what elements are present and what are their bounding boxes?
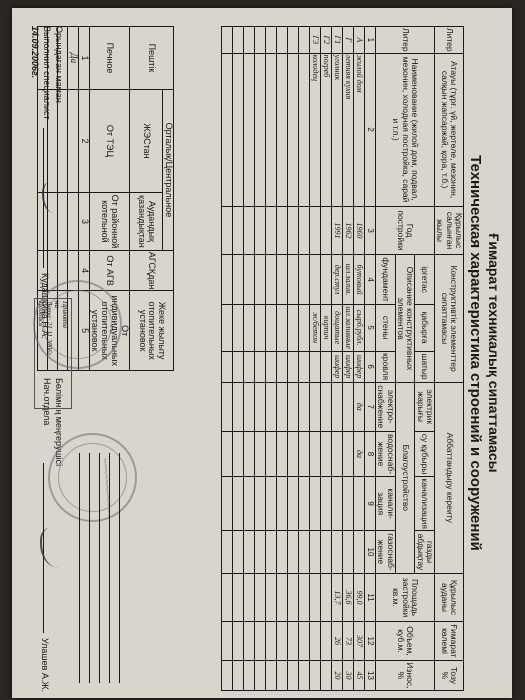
empty-cell xyxy=(254,531,265,574)
header-gas-ru: газоснаб-жение xyxy=(375,531,395,574)
empty-cell xyxy=(232,304,243,351)
empty-cell xyxy=(243,255,254,304)
heat-district-kz: Аудандық қазандықтан xyxy=(130,193,163,251)
empty-cell xyxy=(243,382,254,431)
table-row: Г2погребкирпич xyxy=(320,27,331,691)
heat-agv-kz: АГСҚдан xyxy=(130,250,174,290)
empty-cell xyxy=(287,531,298,574)
header-foundation-ru: фундамент xyxy=(375,255,395,304)
head-signature xyxy=(40,528,72,568)
empty-cell xyxy=(276,382,287,431)
cell-volume xyxy=(309,622,320,661)
empty-cell xyxy=(287,27,298,54)
cell-area: 99,0 xyxy=(353,573,364,621)
header-gas-kz: газды абдықтау xyxy=(415,531,435,574)
empty-cell xyxy=(221,531,232,574)
empty-cell xyxy=(232,477,243,531)
empty-cell xyxy=(287,573,298,621)
empty-cell xyxy=(232,27,243,54)
header-sewer-kz: канализация xyxy=(415,477,435,531)
header-sewer-ru: канали-зация xyxy=(375,477,395,531)
blank-row xyxy=(265,27,276,691)
cell-electric xyxy=(342,382,353,431)
empty-cell xyxy=(221,304,232,351)
blank-row xyxy=(221,27,232,691)
header-name-ru: Наименование (жилой дом, подвал, мезонин… xyxy=(375,53,434,206)
empty-cell xyxy=(254,382,265,431)
cell-wear: 20 xyxy=(331,660,342,690)
empty-cell xyxy=(276,622,287,661)
cell-foundation: бутовый xyxy=(353,255,364,304)
header-roof-ru: кровля xyxy=(375,351,395,382)
empty-cell xyxy=(265,477,276,531)
cell-electric: да xyxy=(353,382,364,431)
cell-liter: Г3 xyxy=(309,27,320,54)
heat-central-header: Орталық/Центральное xyxy=(163,90,174,251)
cell-volume: 26 xyxy=(331,622,342,661)
heat-value: Да xyxy=(67,27,78,90)
empty-cell xyxy=(276,531,287,574)
cell-foundation xyxy=(309,255,320,304)
empty-cell xyxy=(221,622,232,661)
header-utilities-kz: Аббаттандыру кереиту xyxy=(434,382,463,573)
document-page: Ғимарат техникалық сипаттамасы Техническ… xyxy=(12,8,512,698)
cell-water xyxy=(342,431,353,476)
empty-cell xyxy=(276,573,287,621)
date-label: 14.09.2006г. xyxy=(30,26,40,78)
empty-cell xyxy=(221,382,232,431)
cell-year: 1960 xyxy=(353,206,364,255)
empty-cell xyxy=(287,660,298,690)
empty-cell xyxy=(254,255,265,304)
empty-cell xyxy=(254,660,265,690)
empty-cell xyxy=(287,53,298,206)
empty-cell xyxy=(221,351,232,382)
table-row: Г3колодецж/бетон xyxy=(309,27,320,691)
heat-district-ru: От районной котельной xyxy=(89,193,130,251)
cell-gas xyxy=(309,531,320,574)
cell-gas xyxy=(353,531,364,574)
empty-cell xyxy=(265,431,276,476)
empty-cell xyxy=(298,304,309,351)
empty-cell xyxy=(265,660,276,690)
empty-cell xyxy=(298,660,309,690)
header-volume-ru: Объем, куб.м. xyxy=(375,622,434,661)
round-stamp-right xyxy=(48,433,137,522)
ruled-line xyxy=(89,453,90,683)
empty-cell xyxy=(243,27,254,54)
blank-row xyxy=(254,27,265,691)
empty-cell xyxy=(254,206,265,255)
empty-cell xyxy=(243,206,254,255)
header-description-ru: Описание конструктивных элементов xyxy=(395,255,415,382)
cell-water xyxy=(320,431,331,476)
empty-cell xyxy=(276,53,287,206)
empty-cell xyxy=(243,53,254,206)
empty-cell xyxy=(254,477,265,531)
column-number: 8 xyxy=(364,431,375,476)
table-row: Глетняя кухня1962шл.залив.шл.заливныешиф… xyxy=(342,27,353,691)
cell-foundation xyxy=(320,255,331,304)
empty-cell xyxy=(265,531,276,574)
cell-name: жилой дом xyxy=(353,53,364,206)
cell-roof: шифер xyxy=(353,351,364,382)
document-title-ru: Техническая характеристика строений и со… xyxy=(467,8,484,698)
empty-cell xyxy=(298,477,309,531)
blank-row xyxy=(287,27,298,691)
header-area-kz: Құрылыс ауданы xyxy=(434,573,463,621)
cell-name: погреб xyxy=(320,53,331,206)
cell-area: 13,7 xyxy=(331,573,342,621)
cell-gas xyxy=(342,531,353,574)
cell-name: колодец xyxy=(309,53,320,206)
empty-cell xyxy=(298,622,309,661)
heat-column-number: 1 xyxy=(78,27,89,90)
cell-year xyxy=(320,206,331,255)
header-year-ru: Год постройки xyxy=(375,206,434,255)
cell-volume: 307 xyxy=(353,622,364,661)
cell-wear xyxy=(320,660,331,690)
empty-cell xyxy=(265,382,276,431)
empty-cell xyxy=(298,431,309,476)
heat-column-number: 3 xyxy=(78,193,89,251)
header-wear-kz: Тозу % xyxy=(434,660,463,690)
empty-cell xyxy=(276,27,287,54)
empty-cell xyxy=(287,477,298,531)
table-row: Ажилой дом1960бутовыйсырб.рубл.шифердада… xyxy=(353,27,364,691)
column-number: 1 xyxy=(364,27,375,54)
empty-cell xyxy=(232,573,243,621)
heat-column-number: 2 xyxy=(78,90,89,193)
empty-cell xyxy=(287,351,298,382)
performed-kz-label: Орындаған маман xyxy=(54,26,64,103)
header-walls-ru: стены xyxy=(375,304,395,351)
empty-cell xyxy=(287,622,298,661)
header-liter-kz: Литер xyxy=(434,27,463,54)
empty-cell xyxy=(221,53,232,206)
header-volume-kz: Ғимарат көлемі xyxy=(434,622,463,661)
ruled-line xyxy=(109,453,110,683)
heat-stove-ru: Печное xyxy=(89,27,130,90)
empty-cell xyxy=(265,351,276,382)
heat-tec-ru: От ТЭЦ xyxy=(89,90,130,193)
cell-area: 36,6 xyxy=(342,573,353,621)
header-year-kz: Құрылыс салынған жылы xyxy=(434,206,463,255)
header-constructive-kz: Конструктивтік элементтер сипаттамасы xyxy=(434,255,463,382)
cell-gas xyxy=(320,531,331,574)
header-walls-kz: қабырға xyxy=(415,304,435,351)
empty-cell xyxy=(254,622,265,661)
cell-electric xyxy=(331,382,342,431)
empty-cell xyxy=(232,351,243,382)
blank-row xyxy=(243,27,254,691)
empty-cell xyxy=(276,206,287,255)
cell-volume xyxy=(320,622,331,661)
cell-wear: 30 xyxy=(342,660,353,690)
buildings-table: Литер Атауы (тұрғ. үй, жертөле, мезонин,… xyxy=(221,26,464,691)
cell-volume: 73 xyxy=(342,622,353,661)
empty-cell xyxy=(287,431,298,476)
cell-water xyxy=(331,431,342,476)
empty-cell xyxy=(232,53,243,206)
blank-row xyxy=(276,27,287,691)
cell-liter: Г2 xyxy=(320,27,331,54)
cell-sewer xyxy=(353,477,364,531)
cell-year xyxy=(309,206,320,255)
header-name-kz: Атауы (тұрғ. үй, жертөле, мезонин, салқы… xyxy=(434,53,463,206)
empty-cell xyxy=(276,351,287,382)
cell-name: уголник xyxy=(331,53,342,206)
cell-walls: ж/бетон xyxy=(309,304,320,351)
column-number: 11 xyxy=(364,573,375,621)
empty-cell xyxy=(232,531,243,574)
column-number: 7 xyxy=(364,382,375,431)
cell-roof xyxy=(309,351,320,382)
stamp-line: Дата: 21.11 2006г. xyxy=(45,301,53,406)
heat-tec-kz: ЖЭСтан xyxy=(130,90,163,193)
header-electric-ru: электро-снабжение xyxy=(375,382,395,431)
cell-walls: сырб.рубл. xyxy=(353,304,364,351)
cell-year: 1991 xyxy=(331,206,342,255)
ruled-line xyxy=(119,453,120,683)
empty-cell xyxy=(254,573,265,621)
empty-cell xyxy=(254,53,265,206)
ruled-line xyxy=(99,453,100,683)
heat-value xyxy=(67,193,78,251)
cell-liter: Г1 xyxy=(331,27,342,54)
empty-cell xyxy=(254,27,265,54)
cell-walls: дощатые xyxy=(331,304,342,351)
column-number: 3 xyxy=(364,206,375,255)
empty-cell xyxy=(276,304,287,351)
empty-cell xyxy=(287,206,298,255)
empty-cell xyxy=(221,255,232,304)
stamp-line: Подпись xyxy=(37,301,45,406)
column-number: 6 xyxy=(364,351,375,382)
cell-sewer xyxy=(331,477,342,531)
empty-cell xyxy=(254,304,265,351)
empty-cell xyxy=(243,622,254,661)
empty-cell xyxy=(243,351,254,382)
cell-foundation: дер.стул xyxy=(331,255,342,304)
header-liter-ru: Литер xyxy=(375,27,434,54)
empty-cell xyxy=(287,304,298,351)
constructive-label: Конструктивтік элементтер сипаттамасы xyxy=(440,265,459,371)
empty-cell xyxy=(298,27,309,54)
column-number: 2 xyxy=(364,53,375,206)
cell-roof: шифер xyxy=(331,351,342,382)
heat-value xyxy=(67,90,78,193)
empty-cell xyxy=(287,255,298,304)
cell-wear xyxy=(309,660,320,690)
empty-cell xyxy=(276,431,287,476)
column-numbers-row: 12345678910111213 xyxy=(364,27,375,691)
cell-liter: Г xyxy=(342,27,353,54)
empty-cell xyxy=(265,206,276,255)
ruled-line xyxy=(79,453,80,683)
cell-sewer xyxy=(309,477,320,531)
empty-cell xyxy=(232,255,243,304)
header-foundation-kz: іргетас xyxy=(415,255,435,304)
cell-sewer xyxy=(342,477,353,531)
empty-cell xyxy=(287,382,298,431)
empty-cell xyxy=(243,573,254,621)
empty-cell xyxy=(221,27,232,54)
empty-cell xyxy=(276,255,287,304)
empty-cell xyxy=(298,382,309,431)
document-title-kz: Ғимарат техникалық сипаттамасы xyxy=(486,8,502,698)
cell-area xyxy=(320,573,331,621)
empty-cell xyxy=(57,90,67,193)
empty-cell xyxy=(232,431,243,476)
empty-cell xyxy=(232,622,243,661)
cell-electric xyxy=(309,382,320,431)
header-water-kz: су құбыры xyxy=(415,431,435,476)
empty-cell xyxy=(254,431,265,476)
empty-cell xyxy=(232,382,243,431)
stamp-line: Принято xyxy=(61,301,69,406)
cell-area xyxy=(309,573,320,621)
head-name: Улашев А.Ж. xyxy=(40,638,50,692)
empty-cell xyxy=(232,660,243,690)
header-amenities-ru: Благоустройство xyxy=(395,382,415,573)
empty-cell xyxy=(298,53,309,206)
cell-wear: 45 xyxy=(353,660,364,690)
empty-cell xyxy=(243,431,254,476)
cell-gas xyxy=(331,531,342,574)
cell-roof xyxy=(320,351,331,382)
cell-liter: А xyxy=(353,27,364,54)
empty-cell xyxy=(298,573,309,621)
empty-cell xyxy=(254,351,265,382)
heat-stove-kz: Пештік xyxy=(130,27,174,90)
column-number: 13 xyxy=(364,660,375,690)
empty-cell xyxy=(221,573,232,621)
empty-cell xyxy=(221,431,232,476)
empty-cell xyxy=(298,351,309,382)
header-electric-kz: электрик жарығы xyxy=(415,382,435,431)
empty-cell xyxy=(298,531,309,574)
empty-cell xyxy=(276,477,287,531)
table-row: Г1уголник1991дер.стулдощатыешифер13,7262… xyxy=(331,27,342,691)
empty-cell xyxy=(265,255,276,304)
empty-cell xyxy=(243,660,254,690)
empty-cell xyxy=(221,477,232,531)
empty-cell xyxy=(221,206,232,255)
empty-cell xyxy=(265,622,276,661)
column-number: 4 xyxy=(364,255,375,304)
empty-cell xyxy=(265,27,276,54)
column-number: 10 xyxy=(364,531,375,574)
cell-walls: шл.заливные xyxy=(342,304,353,351)
cell-year: 1962 xyxy=(342,206,353,255)
cell-foundation: шл.залив. xyxy=(342,255,353,304)
cell-electric xyxy=(320,382,331,431)
blank-row xyxy=(232,27,243,691)
blank-row xyxy=(298,27,309,691)
column-number: 12 xyxy=(364,622,375,661)
empty-cell xyxy=(265,304,276,351)
cell-walls: кирпич xyxy=(320,304,331,351)
header-area-ru: Площадь застройки кв.м. xyxy=(375,573,434,621)
empty-cell xyxy=(243,477,254,531)
heat-individual-kz: Жеке жылыту отопительных установок xyxy=(130,291,174,371)
cell-water xyxy=(309,431,320,476)
empty-cell xyxy=(265,53,276,206)
cell-name: летняя кухня xyxy=(342,53,353,206)
empty-cell xyxy=(243,531,254,574)
header-water-ru: водоснаб-жение xyxy=(375,431,395,476)
empty-cell xyxy=(243,304,254,351)
empty-cell xyxy=(298,255,309,304)
empty-cell xyxy=(265,573,276,621)
header-wear-ru: Износ, % xyxy=(375,660,434,690)
empty-cell xyxy=(276,660,287,690)
header-roof-kz: шатыр xyxy=(415,351,435,382)
column-number: 9 xyxy=(364,477,375,531)
cell-roof: шифер xyxy=(342,351,353,382)
cell-sewer xyxy=(320,477,331,531)
empty-cell xyxy=(298,206,309,255)
empty-cell xyxy=(232,206,243,255)
cell-water: да xyxy=(353,431,364,476)
column-number: 5 xyxy=(364,304,375,351)
performed-ru-label: Выполнил специалист xyxy=(42,26,52,120)
acceptance-stamp: Принято на Дата: 21.11 2006г. Подпись xyxy=(34,298,72,409)
empty-cell xyxy=(221,660,232,690)
stamp-line: на xyxy=(53,301,61,406)
